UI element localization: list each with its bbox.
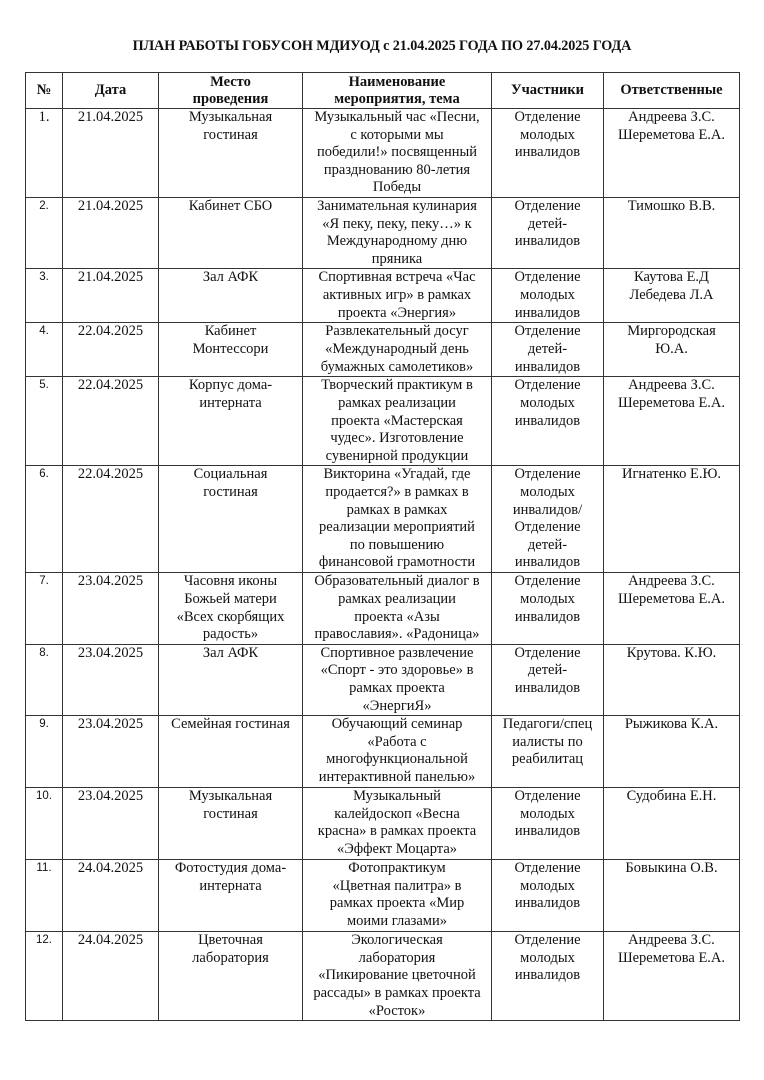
place-line: лаборатория xyxy=(161,950,300,968)
cell-event: Спортивная встреча «Часактивных игр» в р… xyxy=(303,269,492,323)
participants-line: молодых xyxy=(494,395,601,413)
table-row: 3.21.04.2025Зал АФКСпортивная встреча «Ч… xyxy=(26,269,740,323)
header-participants: Участники xyxy=(492,73,604,109)
participants-line: молодых xyxy=(494,287,601,305)
event-line: красна» в рамках проекта xyxy=(305,823,489,841)
responsible-line: Шереметова Е.А. xyxy=(606,950,737,968)
event-line: реализации мероприятий xyxy=(305,519,489,537)
responsible-line: Ю.А. xyxy=(606,341,737,359)
responsible-line: Шереметова Е.А. xyxy=(606,591,737,609)
cell-num: 1. xyxy=(26,109,63,198)
place-line: гостиная xyxy=(161,127,300,145)
responsible-line: Шереметова Е.А. xyxy=(606,127,737,145)
responsible-line: Тимошко В.В. xyxy=(606,198,737,216)
cell-participants: Отделениедетей-инвалидов xyxy=(492,198,604,269)
cell-event: Экологическаялаборатория«Пикирование цве… xyxy=(303,932,492,1021)
event-line: «Международный день xyxy=(305,341,489,359)
table-row: 5.22.04.2025Корпус дома-интернатаТворчес… xyxy=(26,377,740,466)
cell-event: Развлекательный досуг«Международный день… xyxy=(303,323,492,377)
responsible-line: Андреева З.С. xyxy=(606,109,737,127)
place-line: радость» xyxy=(161,626,300,644)
place-line: Зал АФК xyxy=(161,269,300,287)
cell-place: Зал АФК xyxy=(159,269,303,323)
place-line: Фотостудия дома- xyxy=(161,860,300,878)
cell-date: 23.04.2025 xyxy=(63,644,159,715)
participants-line: инвалидов/ xyxy=(494,502,601,520)
cell-place: Часовня иконыБожьей матери«Всех скорбящи… xyxy=(159,573,303,644)
cell-place: Фотостудия дома-интерната xyxy=(159,860,303,932)
event-line: проекта «Азы xyxy=(305,609,489,627)
place-line: Божьей матери xyxy=(161,591,300,609)
table-header-row: № Дата Место проведения Наименование мер… xyxy=(26,73,740,109)
header-date: Дата xyxy=(63,73,159,109)
participants-line: Отделение xyxy=(494,109,601,127)
event-line: моими глазами» xyxy=(305,913,489,931)
event-line: проекта «Энергия» xyxy=(305,305,489,323)
event-line: Победы xyxy=(305,179,489,197)
cell-participants: Отделениедетей-инвалидов xyxy=(492,644,604,715)
event-line: рамках реализации xyxy=(305,395,489,413)
participants-line: инвалидов xyxy=(494,609,601,627)
participants-line: молодых xyxy=(494,591,601,609)
event-line: «Я пеку, пеку, пеку…» к xyxy=(305,216,489,234)
participants-line: инвалидов xyxy=(494,895,601,913)
participants-line: детей- xyxy=(494,662,601,680)
cell-participants: Отделениедетей-инвалидов xyxy=(492,323,604,377)
place-line: гостиная xyxy=(161,806,300,824)
cell-participants: Отделениемолодыхинвалидов xyxy=(492,860,604,932)
place-line: Корпус дома- xyxy=(161,377,300,395)
participants-line: Отделение xyxy=(494,573,601,591)
cell-responsible: Крутова. К.Ю. xyxy=(604,644,740,715)
event-line: Спортивная встреча «Час xyxy=(305,269,489,287)
event-line: рамках проекта «Мир xyxy=(305,895,489,913)
event-line: активных игр» в рамках xyxy=(305,287,489,305)
cell-place: Корпус дома-интерната xyxy=(159,377,303,466)
event-line: с которыми мы xyxy=(305,127,489,145)
event-line: «Работа с xyxy=(305,734,489,752)
cell-date: 23.04.2025 xyxy=(63,573,159,644)
participants-line: Педагоги/спец xyxy=(494,716,601,734)
event-line: «Пикирование цветочной xyxy=(305,967,489,985)
place-line: Кабинет СБО xyxy=(161,198,300,216)
participants-line: Отделение xyxy=(494,519,601,537)
participants-line: Отделение xyxy=(494,788,601,806)
event-line: Образовательный диалог в xyxy=(305,573,489,591)
participants-line: инвалидов xyxy=(494,554,601,572)
place-line: «Всех скорбящих xyxy=(161,609,300,627)
event-line: Творческий практикум в xyxy=(305,377,489,395)
table-row: 9.23.04.2025Семейная гостинаяОбучающий с… xyxy=(26,716,740,788)
cell-event: Викторина «Угадай, гдепродается?» в рамк… xyxy=(303,466,492,573)
event-line: проекта «Мастерская xyxy=(305,413,489,431)
table-row: 2.21.04.2025Кабинет СБОЗанимательная кул… xyxy=(26,198,740,269)
header-event: Наименование мероприятия, тема xyxy=(303,73,492,109)
cell-num: 3. xyxy=(26,269,63,323)
participants-line: Отделение xyxy=(494,377,601,395)
table-body: 1.21.04.2025МузыкальнаягостинаяМузыкальн… xyxy=(26,109,740,1021)
place-line: Социальная xyxy=(161,466,300,484)
event-line: «Спорт - это здоровье» в xyxy=(305,662,489,680)
event-line: лаборатория xyxy=(305,950,489,968)
header-place-line: Место xyxy=(161,74,300,91)
event-line: Обучающий семинар xyxy=(305,716,489,734)
table-row: 12.24.04.2025ЦветочнаялабораторияЭкологи… xyxy=(26,932,740,1021)
responsible-line: Крутова. К.Ю. xyxy=(606,645,737,663)
participants-line: Отделение xyxy=(494,860,601,878)
cell-participants: Отделениемолодыхинвалидов xyxy=(492,109,604,198)
event-line: Музыкальный xyxy=(305,788,489,806)
cell-date: 22.04.2025 xyxy=(63,377,159,466)
cell-num: 5. xyxy=(26,377,63,466)
event-line: Спортивное развлечение xyxy=(305,645,489,663)
cell-place: Музыкальнаягостиная xyxy=(159,109,303,198)
table-row: 11.24.04.2025Фотостудия дома-интернатаФо… xyxy=(26,860,740,932)
event-line: сувенирной продукции xyxy=(305,448,489,466)
place-line: интерната xyxy=(161,395,300,413)
cell-event: Творческий практикум врамках реализациип… xyxy=(303,377,492,466)
cell-date: 21.04.2025 xyxy=(63,269,159,323)
header-event-line: мероприятия, тема xyxy=(305,91,489,108)
participants-line: молодых xyxy=(494,878,601,896)
responsible-line: Лебедева Л.А xyxy=(606,287,737,305)
cell-event: Образовательный диалог врамках реализаци… xyxy=(303,573,492,644)
responsible-line: Андреева З.С. xyxy=(606,573,737,591)
cell-num: 2. xyxy=(26,198,63,269)
participants-line: Отделение xyxy=(494,932,601,950)
place-line: Монтессори xyxy=(161,341,300,359)
participants-line: Отделение xyxy=(494,198,601,216)
cell-date: 24.04.2025 xyxy=(63,860,159,932)
place-line: Зал АФК xyxy=(161,645,300,663)
event-line: бумажных самолетиков» xyxy=(305,359,489,377)
event-line: победили!» посвященный xyxy=(305,144,489,162)
participants-line: инвалидов xyxy=(494,823,601,841)
participants-line: иалисты по xyxy=(494,734,601,752)
event-line: пряника xyxy=(305,251,489,269)
table-row: 8.23.04.2025Зал АФКСпортивное развлечени… xyxy=(26,644,740,715)
place-line: Цветочная xyxy=(161,932,300,950)
cell-num: 9. xyxy=(26,716,63,788)
place-line: Музыкальная xyxy=(161,788,300,806)
place-line: Кабинет xyxy=(161,323,300,341)
cell-place: Зал АФК xyxy=(159,644,303,715)
place-line: Семейная гостиная xyxy=(161,716,300,734)
cell-participants: Отделениемолодыхинвалидов xyxy=(492,788,604,860)
event-line: рамках в рамках xyxy=(305,502,489,520)
cell-place: Цветочнаялаборатория xyxy=(159,932,303,1021)
event-line: Викторина «Угадай, где xyxy=(305,466,489,484)
cell-place: Музыкальнаягостиная xyxy=(159,788,303,860)
event-line: Экологическая xyxy=(305,932,489,950)
cell-num: 6. xyxy=(26,466,63,573)
event-line: многофункциональной xyxy=(305,751,489,769)
cell-place: Семейная гостиная xyxy=(159,716,303,788)
cell-date: 22.04.2025 xyxy=(63,323,159,377)
participants-line: Отделение xyxy=(494,466,601,484)
cell-event: Музыкальныйкалейдоскоп «Веснакрасна» в р… xyxy=(303,788,492,860)
participants-line: инвалидов xyxy=(494,359,601,377)
event-line: рамках проекта xyxy=(305,680,489,698)
event-line: рамках реализации xyxy=(305,591,489,609)
cell-date: 22.04.2025 xyxy=(63,466,159,573)
event-line: Развлекательный досуг xyxy=(305,323,489,341)
cell-responsible: Андреева З.С.Шереметова Е.А. xyxy=(604,573,740,644)
header-place-line: проведения xyxy=(161,91,300,108)
cell-participants: Отделениемолодыхинвалидов xyxy=(492,573,604,644)
header-num: № xyxy=(26,73,63,109)
event-line: Фотопрактикум xyxy=(305,860,489,878)
header-responsible: Ответственные xyxy=(604,73,740,109)
cell-responsible: Игнатенко Е.Ю. xyxy=(604,466,740,573)
responsible-line: Каутова Е.Д xyxy=(606,269,737,287)
event-line: «Цветная палитра» в xyxy=(305,878,489,896)
event-line: продается?» в рамках в xyxy=(305,484,489,502)
participants-line: молодых xyxy=(494,806,601,824)
participants-line: Отделение xyxy=(494,645,601,663)
cell-num: 4. xyxy=(26,323,63,377)
participants-line: реабилитац xyxy=(494,751,601,769)
cell-place: Социальнаягостиная xyxy=(159,466,303,573)
participants-line: инвалидов xyxy=(494,967,601,985)
event-line: калейдоскоп «Весна xyxy=(305,806,489,824)
event-line: Музыкальный час «Песни, xyxy=(305,109,489,127)
participants-line: инвалидов xyxy=(494,144,601,162)
cell-participants: Педагоги/специалисты пореабилитац xyxy=(492,716,604,788)
participants-line: детей- xyxy=(494,341,601,359)
responsible-line: Андреева З.С. xyxy=(606,932,737,950)
place-line: Часовня иконы xyxy=(161,573,300,591)
cell-date: 21.04.2025 xyxy=(63,109,159,198)
responsible-line: Бовыкина О.В. xyxy=(606,860,737,878)
participants-line: инвалидов xyxy=(494,233,601,251)
participants-line: Отделение xyxy=(494,269,601,287)
event-line: празднованию 80-летия xyxy=(305,162,489,180)
cell-event: Фотопрактикум«Цветная палитра» врамках п… xyxy=(303,860,492,932)
table-row: 10.23.04.2025МузыкальнаягостинаяМузыкаль… xyxy=(26,788,740,860)
cell-participants: Отделениемолодыхинвалидов xyxy=(492,269,604,323)
cell-responsible: Судобина Е.Н. xyxy=(604,788,740,860)
cell-participants: Отделениемолодыхинвалидов/Отделениедетей… xyxy=(492,466,604,573)
place-line: гостиная xyxy=(161,484,300,502)
place-line: интерната xyxy=(161,878,300,896)
participants-line: молодых xyxy=(494,127,601,145)
cell-event: Обучающий семинар«Работа смногофункциона… xyxy=(303,716,492,788)
event-line: по повышению xyxy=(305,537,489,555)
cell-date: 24.04.2025 xyxy=(63,932,159,1021)
cell-responsible: Андреева З.С.Шереметова Е.А. xyxy=(604,109,740,198)
cell-responsible: Тимошко В.В. xyxy=(604,198,740,269)
participants-line: Отделение xyxy=(494,323,601,341)
participants-line: инвалидов xyxy=(494,680,601,698)
cell-num: 12. xyxy=(26,932,63,1021)
responsible-line: Андреева З.С. xyxy=(606,377,737,395)
event-line: «Росток» xyxy=(305,1003,489,1021)
participants-line: молодых xyxy=(494,950,601,968)
responsible-line: Игнатенко Е.Ю. xyxy=(606,466,737,484)
event-line: «Эффект Моцарта» xyxy=(305,841,489,859)
cell-num: 11. xyxy=(26,860,63,932)
cell-responsible: МиргородскаяЮ.А. xyxy=(604,323,740,377)
work-plan-table: № Дата Место проведения Наименование мер… xyxy=(25,72,740,1021)
event-line: финансовой грамотности xyxy=(305,554,489,572)
cell-responsible: Андреева З.С.Шереметова Е.А. xyxy=(604,932,740,1021)
responsible-line: Судобина Е.Н. xyxy=(606,788,737,806)
table-row: 6.22.04.2025СоциальнаягостинаяВикторина … xyxy=(26,466,740,573)
document-title: ПЛАН РАБОТЫ ГОБУСОН МДИУОД с 21.04.2025 … xyxy=(0,38,764,55)
participants-line: инвалидов xyxy=(494,413,601,431)
event-line: православия». «Радоница» xyxy=(305,626,489,644)
cell-num: 7. xyxy=(26,573,63,644)
cell-responsible: Бовыкина О.В. xyxy=(604,860,740,932)
cell-place: Кабинет СБО xyxy=(159,198,303,269)
cell-responsible: Рыжикова К.А. xyxy=(604,716,740,788)
participants-line: детей- xyxy=(494,537,601,555)
participants-line: детей- xyxy=(494,216,601,234)
table-row: 7.23.04.2025Часовня иконыБожьей матери«В… xyxy=(26,573,740,644)
participants-line: инвалидов xyxy=(494,305,601,323)
table-row: 4.22.04.2025КабинетМонтессориРазвлекател… xyxy=(26,323,740,377)
responsible-line: Шереметова Е.А. xyxy=(606,395,737,413)
cell-event: Музыкальный час «Песни,с которыми мыпобе… xyxy=(303,109,492,198)
event-line: Международному дню xyxy=(305,233,489,251)
cell-responsible: Андреева З.С.Шереметова Е.А. xyxy=(604,377,740,466)
cell-date: 23.04.2025 xyxy=(63,788,159,860)
event-line: рассады» в рамках проекта xyxy=(305,985,489,1003)
cell-participants: Отделениемолодыхинвалидов xyxy=(492,377,604,466)
cell-event: Занимательная кулинария«Я пеку, пеку, пе… xyxy=(303,198,492,269)
event-line: интерактивной панелью» xyxy=(305,769,489,787)
event-line: «ЭнергиЯ» xyxy=(305,698,489,716)
cell-num: 10. xyxy=(26,788,63,860)
table-row: 1.21.04.2025МузыкальнаягостинаяМузыкальн… xyxy=(26,109,740,198)
cell-num: 8. xyxy=(26,644,63,715)
responsible-line: Рыжикова К.А. xyxy=(606,716,737,734)
participants-line: молодых xyxy=(494,484,601,502)
header-event-line: Наименование xyxy=(305,74,489,91)
event-line: чудес». Изготовление xyxy=(305,430,489,448)
header-place: Место проведения xyxy=(159,73,303,109)
cell-place: КабинетМонтессори xyxy=(159,323,303,377)
event-line: Занимательная кулинария xyxy=(305,198,489,216)
cell-date: 23.04.2025 xyxy=(63,716,159,788)
cell-date: 21.04.2025 xyxy=(63,198,159,269)
cell-event: Спортивное развлечение«Спорт - это здоро… xyxy=(303,644,492,715)
responsible-line: Миргородская xyxy=(606,323,737,341)
cell-participants: Отделениемолодыхинвалидов xyxy=(492,932,604,1021)
cell-responsible: Каутова Е.ДЛебедева Л.А xyxy=(604,269,740,323)
place-line: Музыкальная xyxy=(161,109,300,127)
